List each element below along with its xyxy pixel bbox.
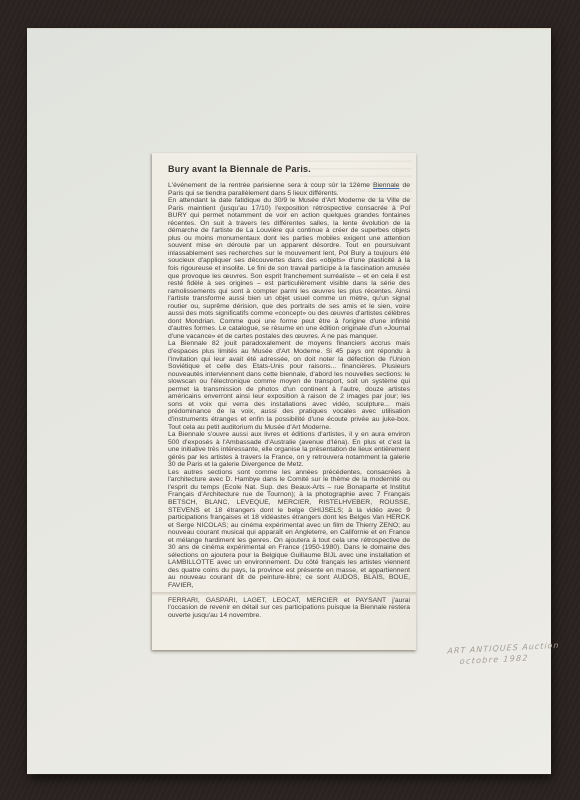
- underlined-word: Biennale: [373, 182, 399, 189]
- lead-text-before: L'événement de la rentrée parisienne ser…: [168, 182, 373, 189]
- clipping-paragraph: En attendant la date fatidique du 30/9 l…: [168, 197, 410, 340]
- clipping-body: L'événement de la rentrée parisienne ser…: [168, 182, 410, 619]
- mount-paper: Bury avant la Biennale de Paris. L'événe…: [27, 28, 551, 774]
- clipping-title: Bury avant la Biennale de Paris.: [168, 164, 410, 174]
- clipping-paragraph: FERRARI, GASPARI, LAGET, LEOCAT, MERCIER…: [168, 597, 410, 620]
- clipping-tail-strip: FERRARI, GASPARI, LAGET, LEOCAT, MERCIER…: [168, 595, 410, 620]
- press-clipping: Bury avant la Biennale de Paris. L'événe…: [152, 153, 416, 650]
- scan-background: { "scene": { "background_color": "#2a232…: [0, 0, 580, 800]
- clipping-paragraph: Les autres sections sont comme les année…: [168, 469, 410, 590]
- handwritten-annotation: ART ANTIQUES Auction octobre 1982: [447, 638, 580, 667]
- clipping-paragraph-lead: L'événement de la rentrée parisienne ser…: [168, 182, 410, 197]
- clipping-paragraph: La Biennale 82 jouit paradoxalement de m…: [168, 340, 410, 431]
- clipping-paragraph: La Biennale s'ouvre aussi aux livres et …: [168, 431, 410, 469]
